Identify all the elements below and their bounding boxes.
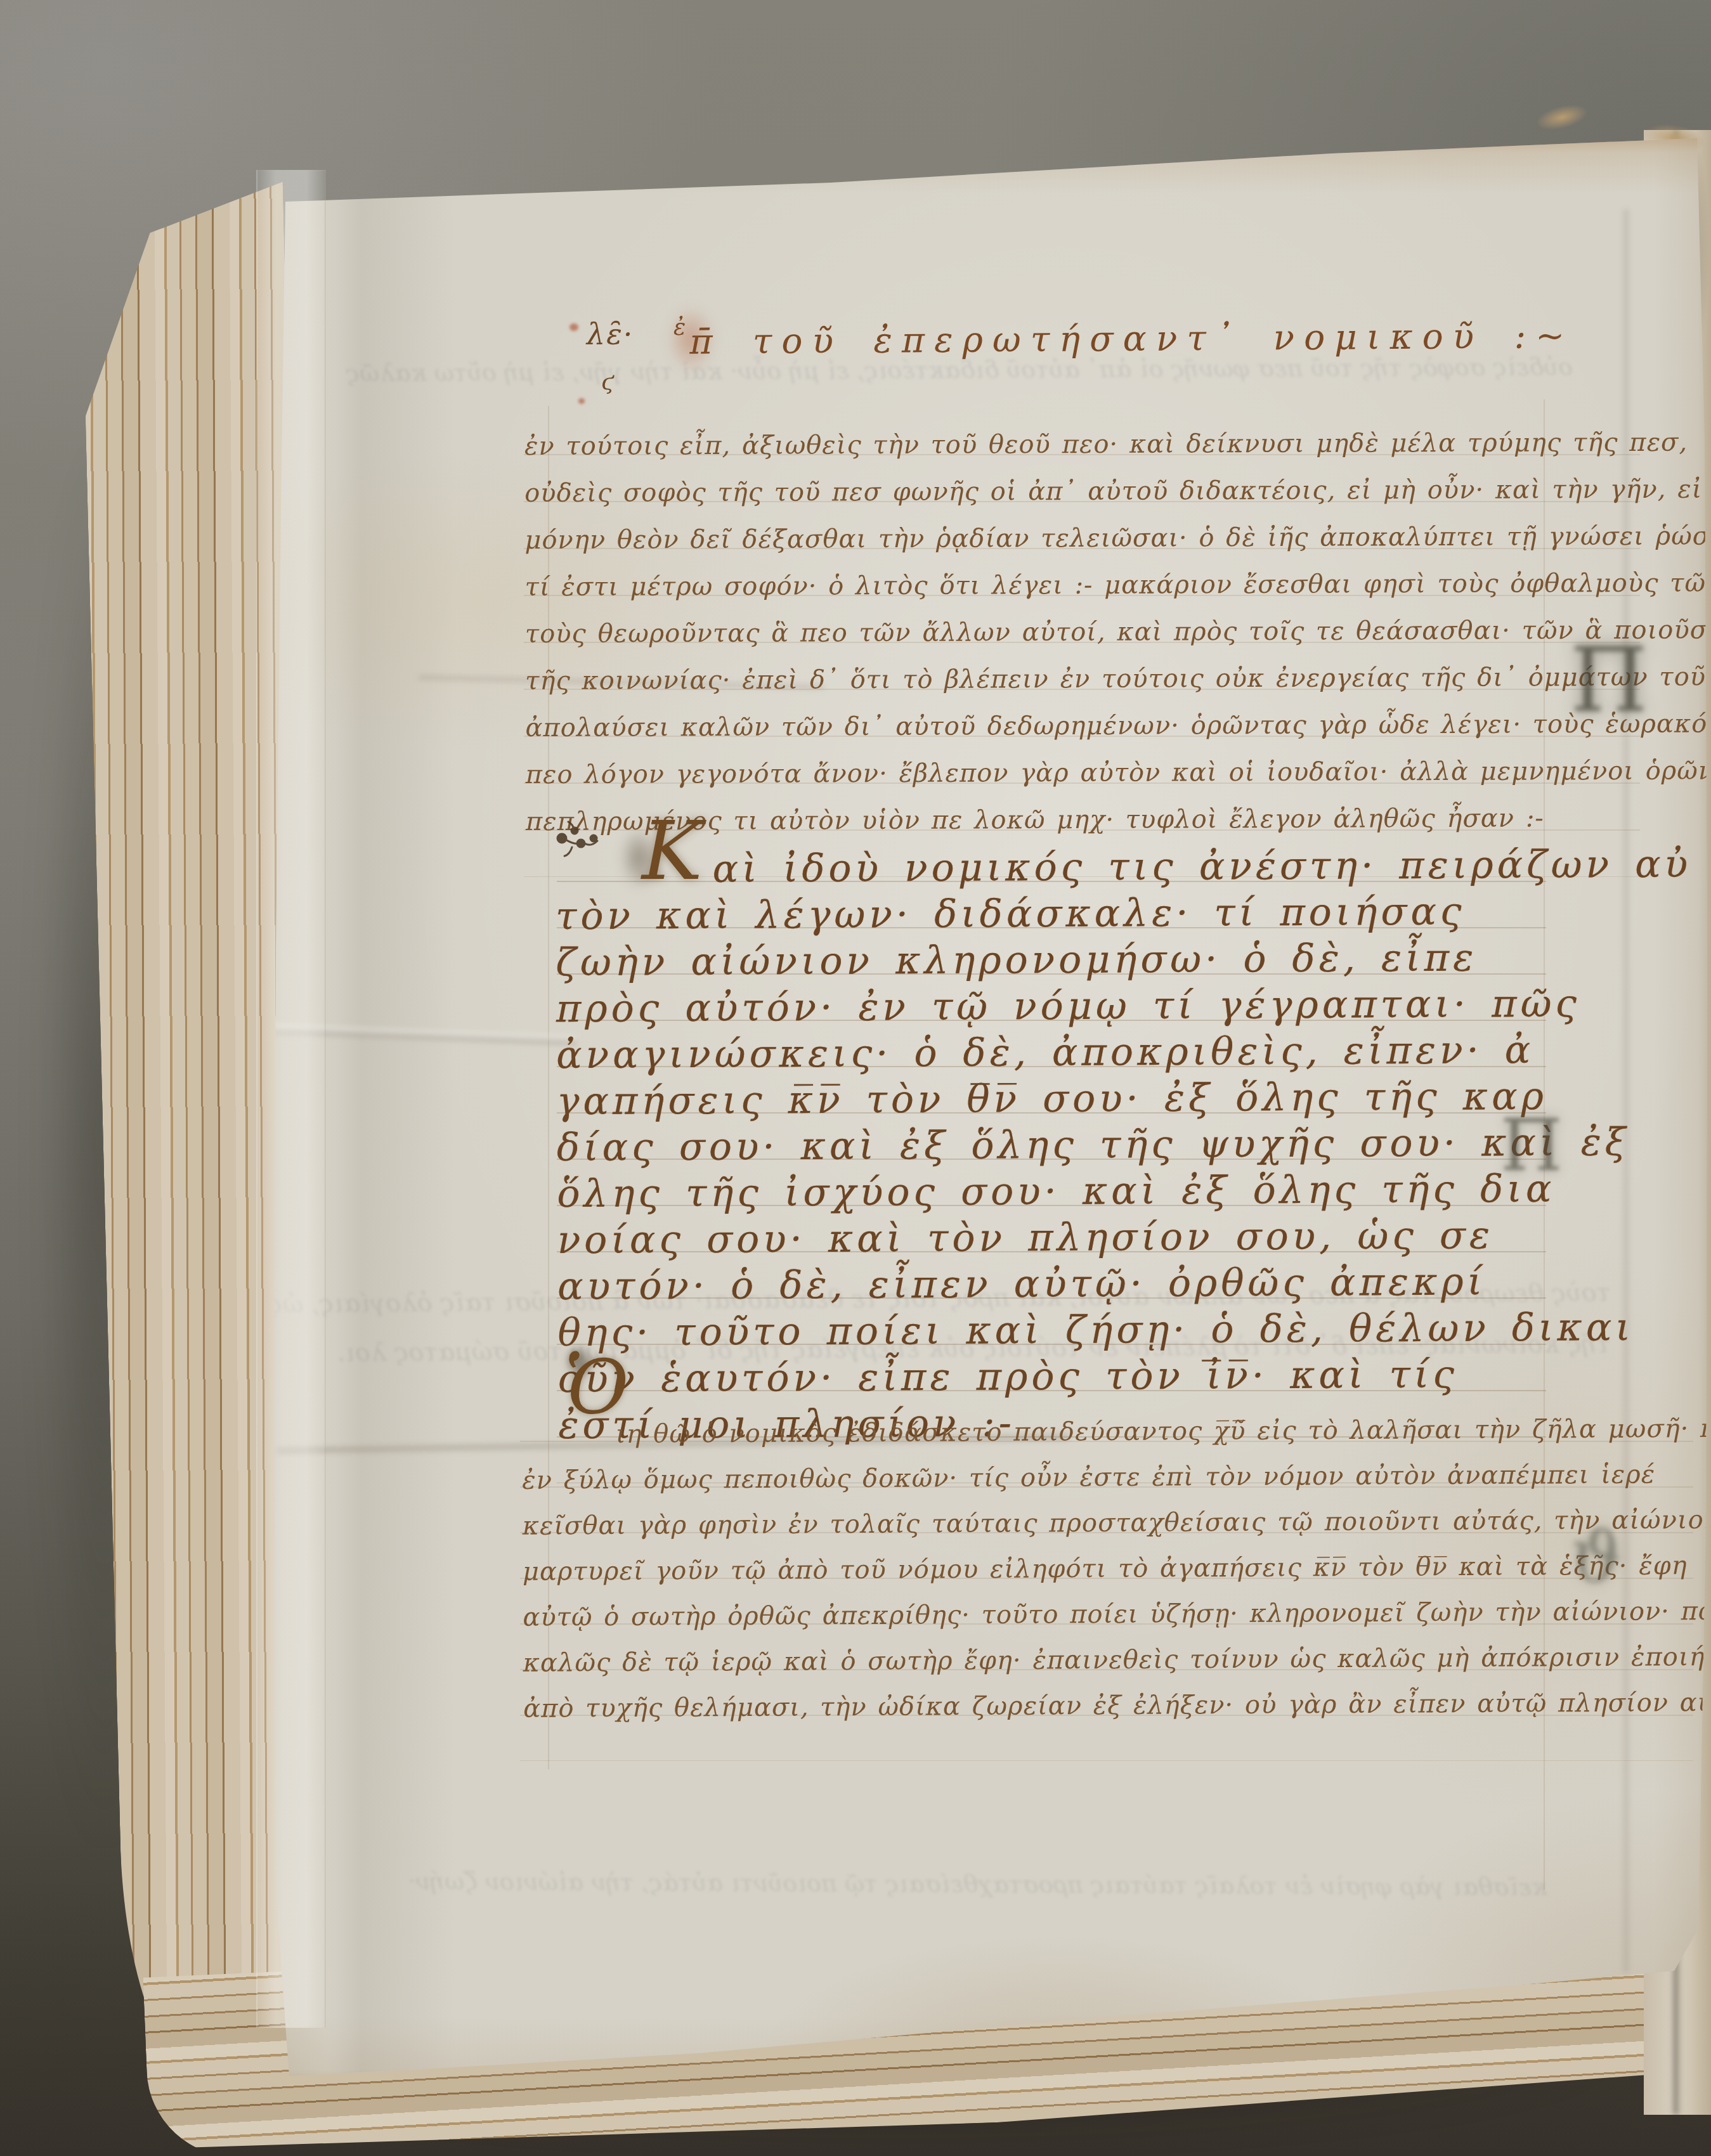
commentary-line: πεο λόγον γεγονότα ἄνον· ἔβλεπον γὰρ αὐτ… [526, 748, 1648, 798]
gospel-line: ἀναγινώσκεις· ὁ δὲ, ἀποκριθεὶς, εἶπεν· ἀ [556, 1027, 1555, 1079]
commentary-line: κεῖσθαι γὰρ φησὶν ἐν τολαῖς ταύταις προσ… [522, 1497, 1695, 1549]
gospel-line: αυτόν· ὁ δὲ, εἶπεν αὐτῷ· ὀρθῶς ἀπεκρί [557, 1259, 1556, 1310]
title-text: π̄ τοῦ ἐπερωτήσαντ᾽ νομικοῦ :~ [689, 315, 1574, 362]
commentary-line: τί ἐστι μέτρω σοφόν· ὁ λιτὸς ὅτι λέγει :… [525, 560, 1648, 611]
commentary-line: οὐδεὶς σοφὸς τῆς τοῦ πεσ φωνῆς οἱ ἀπ᾿ αὐ… [524, 466, 1647, 517]
gospel-text-block: αὶ ἰδοὺ νομικός τις ἀνέστη· πειράζων αὐ … [556, 842, 1558, 1449]
manuscript-photo: οὐδεὶς σοφὸς τῆς τοῦ πεσ φωνῆς οἱ ἀπ᾿ αὐ… [0, 0, 1711, 2156]
commentary-bottom-block: ιη θῶ ὁ νομικὸς ἐδιδάσκετο παιδεύσαντος … [522, 1406, 1697, 1732]
bleedthrough-text: κεῖσθαι γὰρ φησὶν ἐν τολαῖς ταύταις προσ… [660, 1868, 1547, 1900]
repair-tape-strip [256, 170, 326, 2028]
commentary-line: καλῶς δὲ τῷ ἱερῷ καὶ ὁ σωτὴρ ἔφη· ἐπαινε… [523, 1634, 1696, 1686]
title-superscript: ἐ [673, 315, 686, 341]
gospel-line: δίας σου· καὶ ἐξ ὅλης τῆς ψυχῆς σου· καὶ… [557, 1120, 1556, 1171]
commentary-line: ἀπὸ τυχῆς θελήμασι, τὴν ὠδίκα ζωρείαν ἐξ… [523, 1680, 1696, 1732]
commentary-line: ιη θῶ ὁ νομικὸς ἐδιδάσκετο παιδεύσαντος … [522, 1406, 1695, 1458]
gospel-line: πρὸς αὐτόν· ἐν τῷ νόμῳ τί γέγραπται· πῶς [556, 981, 1555, 1032]
commentary-line: ἐν ξύλῳ ὅμως πεποιθὼς δοκῶν· τίς οὖν ἐστ… [522, 1451, 1695, 1503]
commentary-line: ἀπολαύσει καλῶν τῶν δι᾿ αὐτοῦ δεδωρημένω… [525, 701, 1648, 751]
commentary-top-block: ἐν τούτοις εἶπ, ἀξιωθεὶς τὴν τοῦ θεοῦ πε… [524, 419, 1648, 845]
rubric-dot [578, 398, 585, 404]
commentary-line: αὐτῷ ὁ σωτὴρ ὀρθῶς ἀπεκρίθης· τοῦτο ποίε… [523, 1588, 1696, 1640]
manuscript-page: οὐδεὶς σοφὸς τῆς τοῦ πεσ φωνῆς οἱ ἀπ᾿ αὐ… [266, 133, 1711, 2086]
gospel-line: οῦν ἑαυτόν· εἶπε πρὸς τὸν ἰ̅ν̅· καὶ τίς [558, 1351, 1557, 1403]
commentary-line: τοὺς θεωροῦντας ἃ πεο τῶν ἄλλων αὐτοί, κ… [525, 607, 1648, 658]
gospel-line: τὸν καὶ λέγων· διδάσκαλε· τί ποιήσας [556, 888, 1554, 940]
commentary-line: μαρτυρεῖ γοῦν τῷ ἀπὸ τοῦ νόμου εἰληφότι … [523, 1543, 1696, 1595]
gospel-line: αὶ ἰδοὺ νομικός τις ἀνέστη· πειράζων αὐ [556, 842, 1554, 893]
kephalaion-title: ἐπ̄ τοῦ ἐπερωτήσαντ᾽ νομικοῦ :~ [673, 315, 1575, 362]
gospel-line: ζωὴν αἰώνιον κληρονομήσω· ὁ δὲ, εἶπε [556, 935, 1554, 986]
gospel-line: θης· τοῦτο ποίει καὶ ζήσῃ· ὁ δὲ, θέλων δ… [557, 1305, 1556, 1356]
gospel-line: γαπήσεις κ̅ν̅ τὸν θ̅ν̅ σου· ἐξ ὅλης τῆς … [556, 1074, 1555, 1125]
gospel-line: νοίας σου· καὶ τὸν πλησίον σου, ὡς σε [557, 1212, 1556, 1264]
margin-chapter-number: λε̑· [587, 317, 634, 351]
rubric-dot [569, 323, 578, 331]
commentary-line: μόνην θεὸν δεῖ δέξασθαι τὴν ῥᾳδίαν τελει… [524, 513, 1647, 564]
commentary-line: τῆς κοινωνίας· ἐπεὶ δ᾿ ὅτι τὸ βλέπειν ἐν… [525, 654, 1648, 705]
commentary-line: ἐν τούτοις εἶπ, ἀξιωθεὶς τὴν τοῦ θεοῦ πε… [524, 419, 1647, 470]
gospel-line: ὅλης τῆς ἰσχύος σου· καὶ ἐξ ὅλης τῆς δια [557, 1166, 1556, 1218]
margin-chapter-number-sub: ϛ [601, 369, 614, 395]
